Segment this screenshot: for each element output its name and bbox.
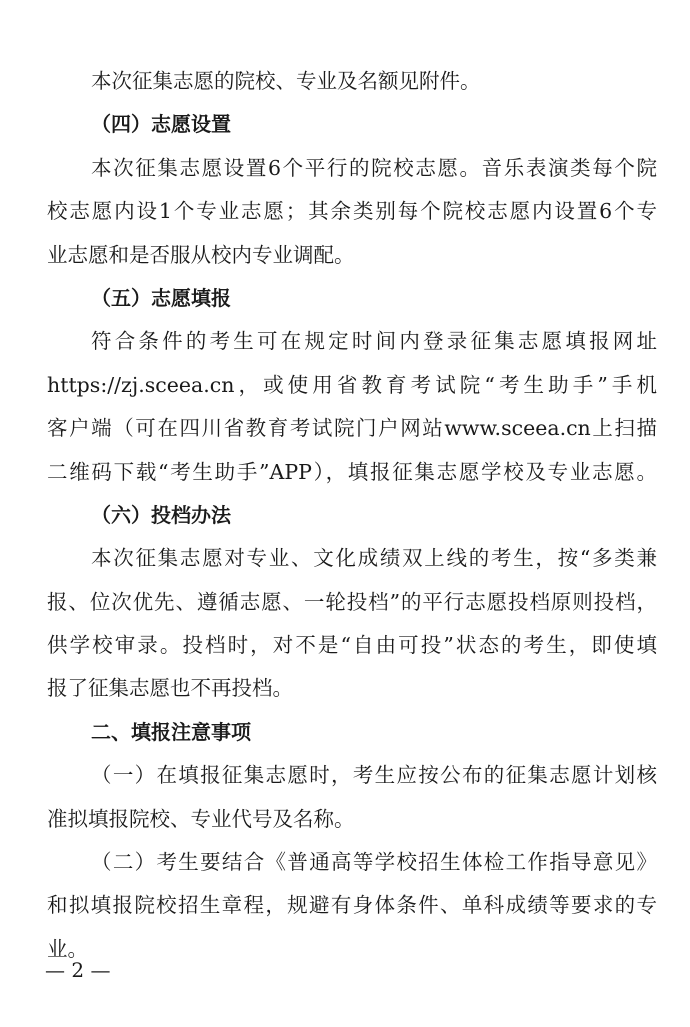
paragraph-line: 本次征集志愿对专业、文化成绩双上线的考生，按“多类兼 [47, 537, 657, 580]
paragraph-attachment-note: 本次征集志愿的院校、专业及名额见附件。 [47, 60, 657, 103]
paragraph-line: 准拟填报院校、专业代号及名称。 [47, 798, 657, 841]
paragraph-line-portal-url: 客户端（可在四川省教育考试院门户网站www.sceea.cn上扫描 [47, 407, 657, 450]
section-heading-filing-method: （六）投档办法 [47, 494, 657, 537]
paragraph-line-registration-url: https://zj.sceea.cn，或使用省教育考试院“考生助手”手机 [47, 364, 657, 407]
paragraph-line: 符合条件的考生可在规定时间内登录征集志愿填报网址 [47, 320, 657, 363]
paragraph-line: 业志愿和是否服从校内专业调配。 [47, 234, 657, 277]
paragraph-line: 报、位次优先、遵循志愿、一轮投档”的平行志愿投档原则投档， [47, 581, 657, 624]
paragraph-line: （一）在填报征集志愿时，考生应按公布的征集志愿计划核 [47, 754, 657, 797]
paragraph-line: 校志愿内设1个专业志愿；其余类别每个院校志愿内设置6个专 [47, 190, 657, 233]
paragraph-line: 二维码下载“考生助手”APP），填报征集志愿学校及专业志愿。 [47, 451, 657, 494]
document-page: 本次征集志愿的院校、专业及名额见附件。 （四）志愿设置 本次征集志愿设置6个平行… [47, 60, 657, 971]
paragraph-line: 报了征集志愿也不再投档。 [47, 667, 657, 710]
paragraph-line: 和拟填报院校招生章程，规避有身体条件、单科成绩等要求的专 [47, 884, 657, 927]
paragraph-line: 业。 [47, 928, 657, 971]
paragraph-line: 本次征集志愿设置6个平行的院校志愿。音乐表演类每个院 [47, 147, 657, 190]
paragraph-line: 供学校审录。投档时，对不是“自由可投”状态的考生，即使填 [47, 624, 657, 667]
section-heading-notes: 二、填报注意事项 [47, 711, 657, 754]
section-heading-volunteer-filling: （五）志愿填报 [47, 277, 657, 320]
paragraph-line: （二）考生要结合《普通高等学校招生体检工作指导意见》 [47, 841, 657, 884]
section-heading-volunteer-setting: （四）志愿设置 [47, 103, 657, 146]
page-number: — 2 — [45, 958, 110, 982]
